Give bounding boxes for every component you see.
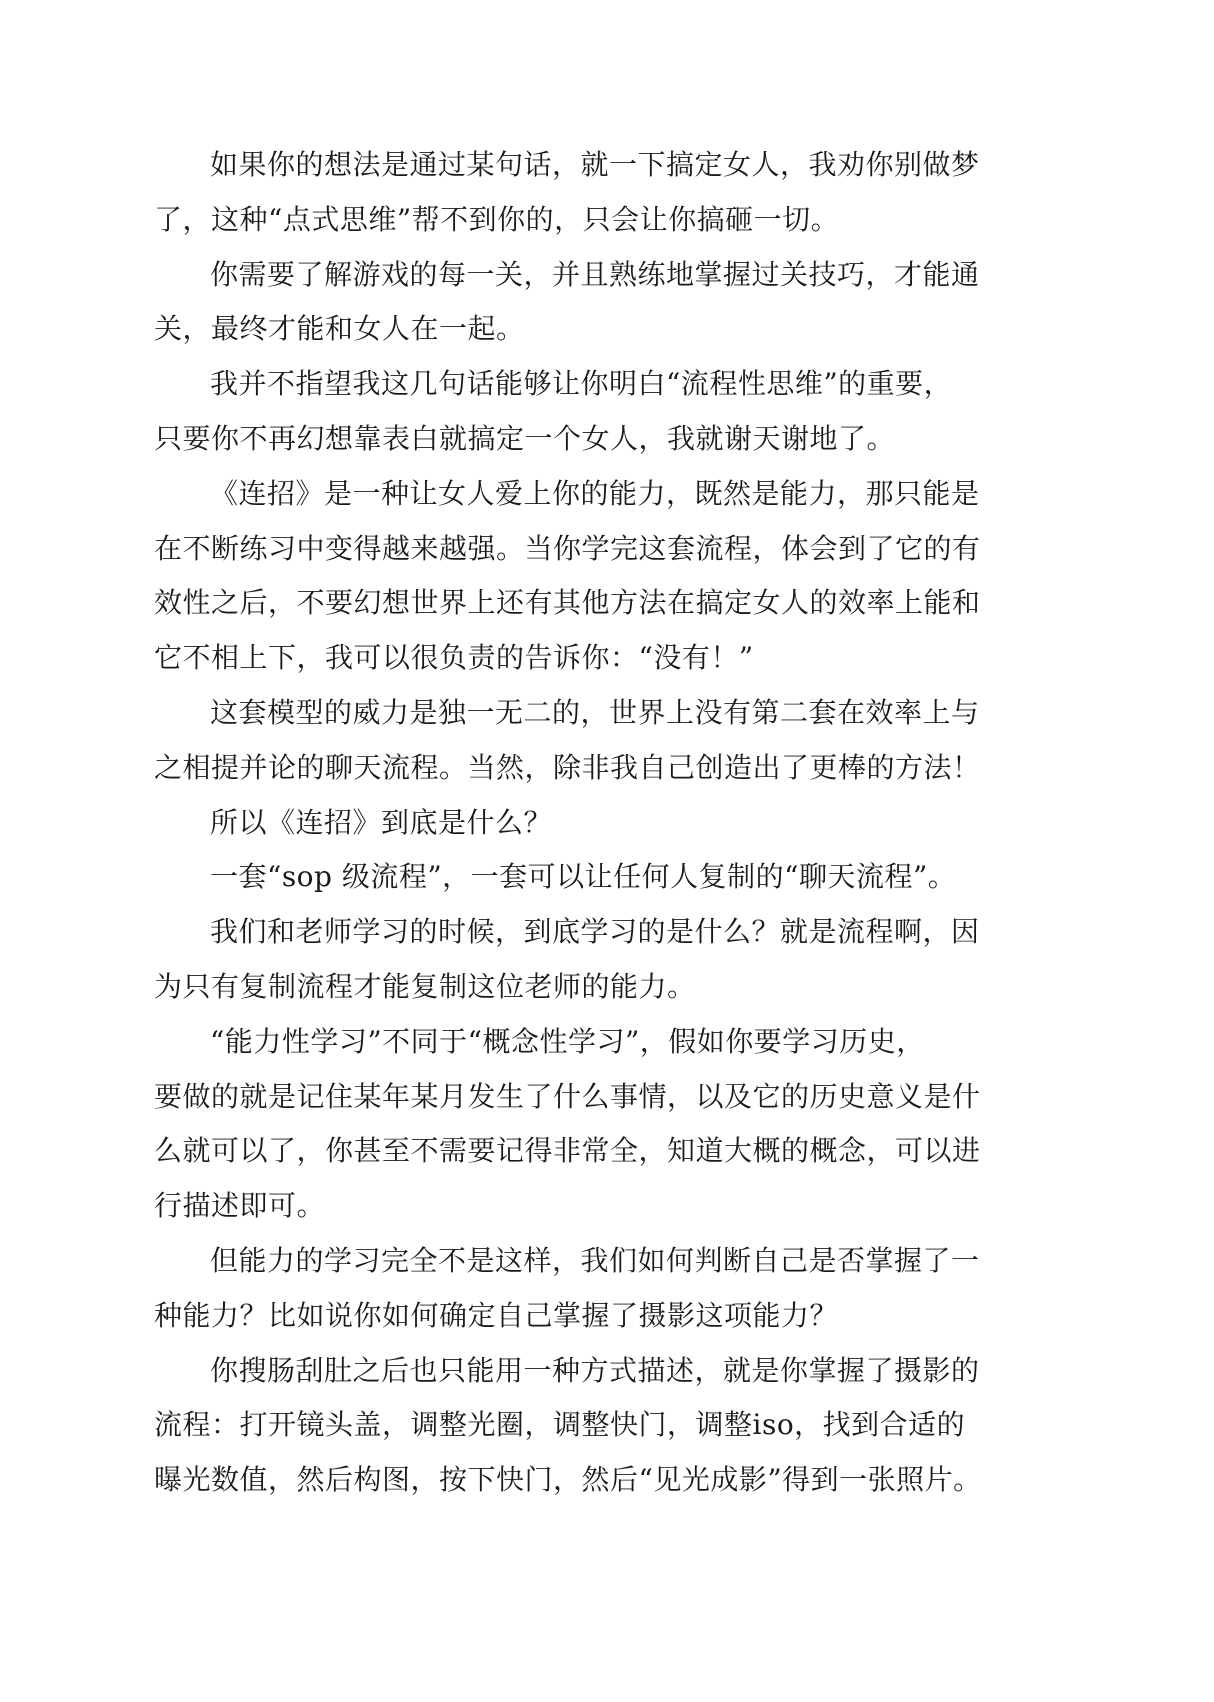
- text-line: 效性之后，不要幻想世界上还有其他方法在搞定女人的效率上能和: [154, 576, 1000, 631]
- document-page: 如果你的想法是通过某句话，就一下搞定女人，我劝你别做梦 了，这种“点式思维”帮不…: [0, 0, 1214, 1702]
- text-line: 我并不指望我这几句话能够让你明白“流程性思维”的重要，: [154, 357, 1000, 412]
- text-line: 要做的就是记住某年某月发生了什么事情，以及它的历史意义是什: [154, 1070, 1000, 1125]
- text-line: 只要你不再幻想靠表白就搞定一个女人，我就谢天谢地了。: [154, 412, 1000, 467]
- text-line: 如果你的想法是通过某句话，就一下搞定女人，我劝你别做梦: [154, 138, 1000, 193]
- text-line: 你搜肠刮肚之后也只能用一种方式描述，就是你掌握了摄影的: [154, 1344, 1000, 1399]
- text-line: 一套“sop 级流程”，一套可以让任何人复制的“聊天流程”。: [154, 850, 1000, 905]
- text-line: 所以《连招》到底是什么？: [154, 796, 1000, 851]
- text-line: 行描述即可。: [154, 1179, 1000, 1234]
- text-line: 在不断练习中变得越来越强。当你学完这套流程，体会到了它的有: [154, 522, 1000, 577]
- text-line: 它不相上下，我可以很负责的告诉你：“没有！”: [154, 631, 1000, 686]
- text-line: 曝光数值，然后构图，按下快门，然后“见光成影”得到一张照片。: [154, 1453, 1000, 1508]
- text-line: 关，最终才能和女人在一起。: [154, 302, 1000, 357]
- text-line: 么就可以了，你甚至不需要记得非常全，知道大概的概念，可以进: [154, 1124, 1000, 1179]
- text-line: 流程：打开镜头盖，调整光圈，调整快门，调整iso，找到合适的: [154, 1398, 1000, 1453]
- text-line: 种能力？比如说你如何确定自己掌握了摄影这项能力？: [154, 1289, 1000, 1344]
- text-line: “能力性学习”不同于“概念性学习”，假如你要学习历史，: [154, 1015, 1000, 1070]
- text-line: 但能力的学习完全不是这样，我们如何判断自己是否掌握了一: [154, 1234, 1000, 1289]
- text-line: 我们和老师学习的时候，到底学习的是什么？就是流程啊，因: [154, 905, 1000, 960]
- text-line: 《连招》是一种让女人爱上你的能力，既然是能力，那只能是: [154, 467, 1000, 522]
- text-line: 了，这种“点式思维”帮不到你的，只会让你搞砸一切。: [154, 193, 1000, 248]
- text-line: 你需要了解游戏的每一关，并且熟练地掌握过关技巧，才能通: [154, 248, 1000, 303]
- document-body: 如果你的想法是通过某句话，就一下搞定女人，我劝你别做梦 了，这种“点式思维”帮不…: [154, 138, 1000, 1508]
- text-line: 之相提并论的聊天流程。当然，除非我自己创造出了更棒的方法！: [154, 741, 1000, 796]
- text-line: 这套模型的威力是独一无二的，世界上没有第二套在效率上与: [154, 686, 1000, 741]
- text-line: 为只有复制流程才能复制这位老师的能力。: [154, 960, 1000, 1015]
